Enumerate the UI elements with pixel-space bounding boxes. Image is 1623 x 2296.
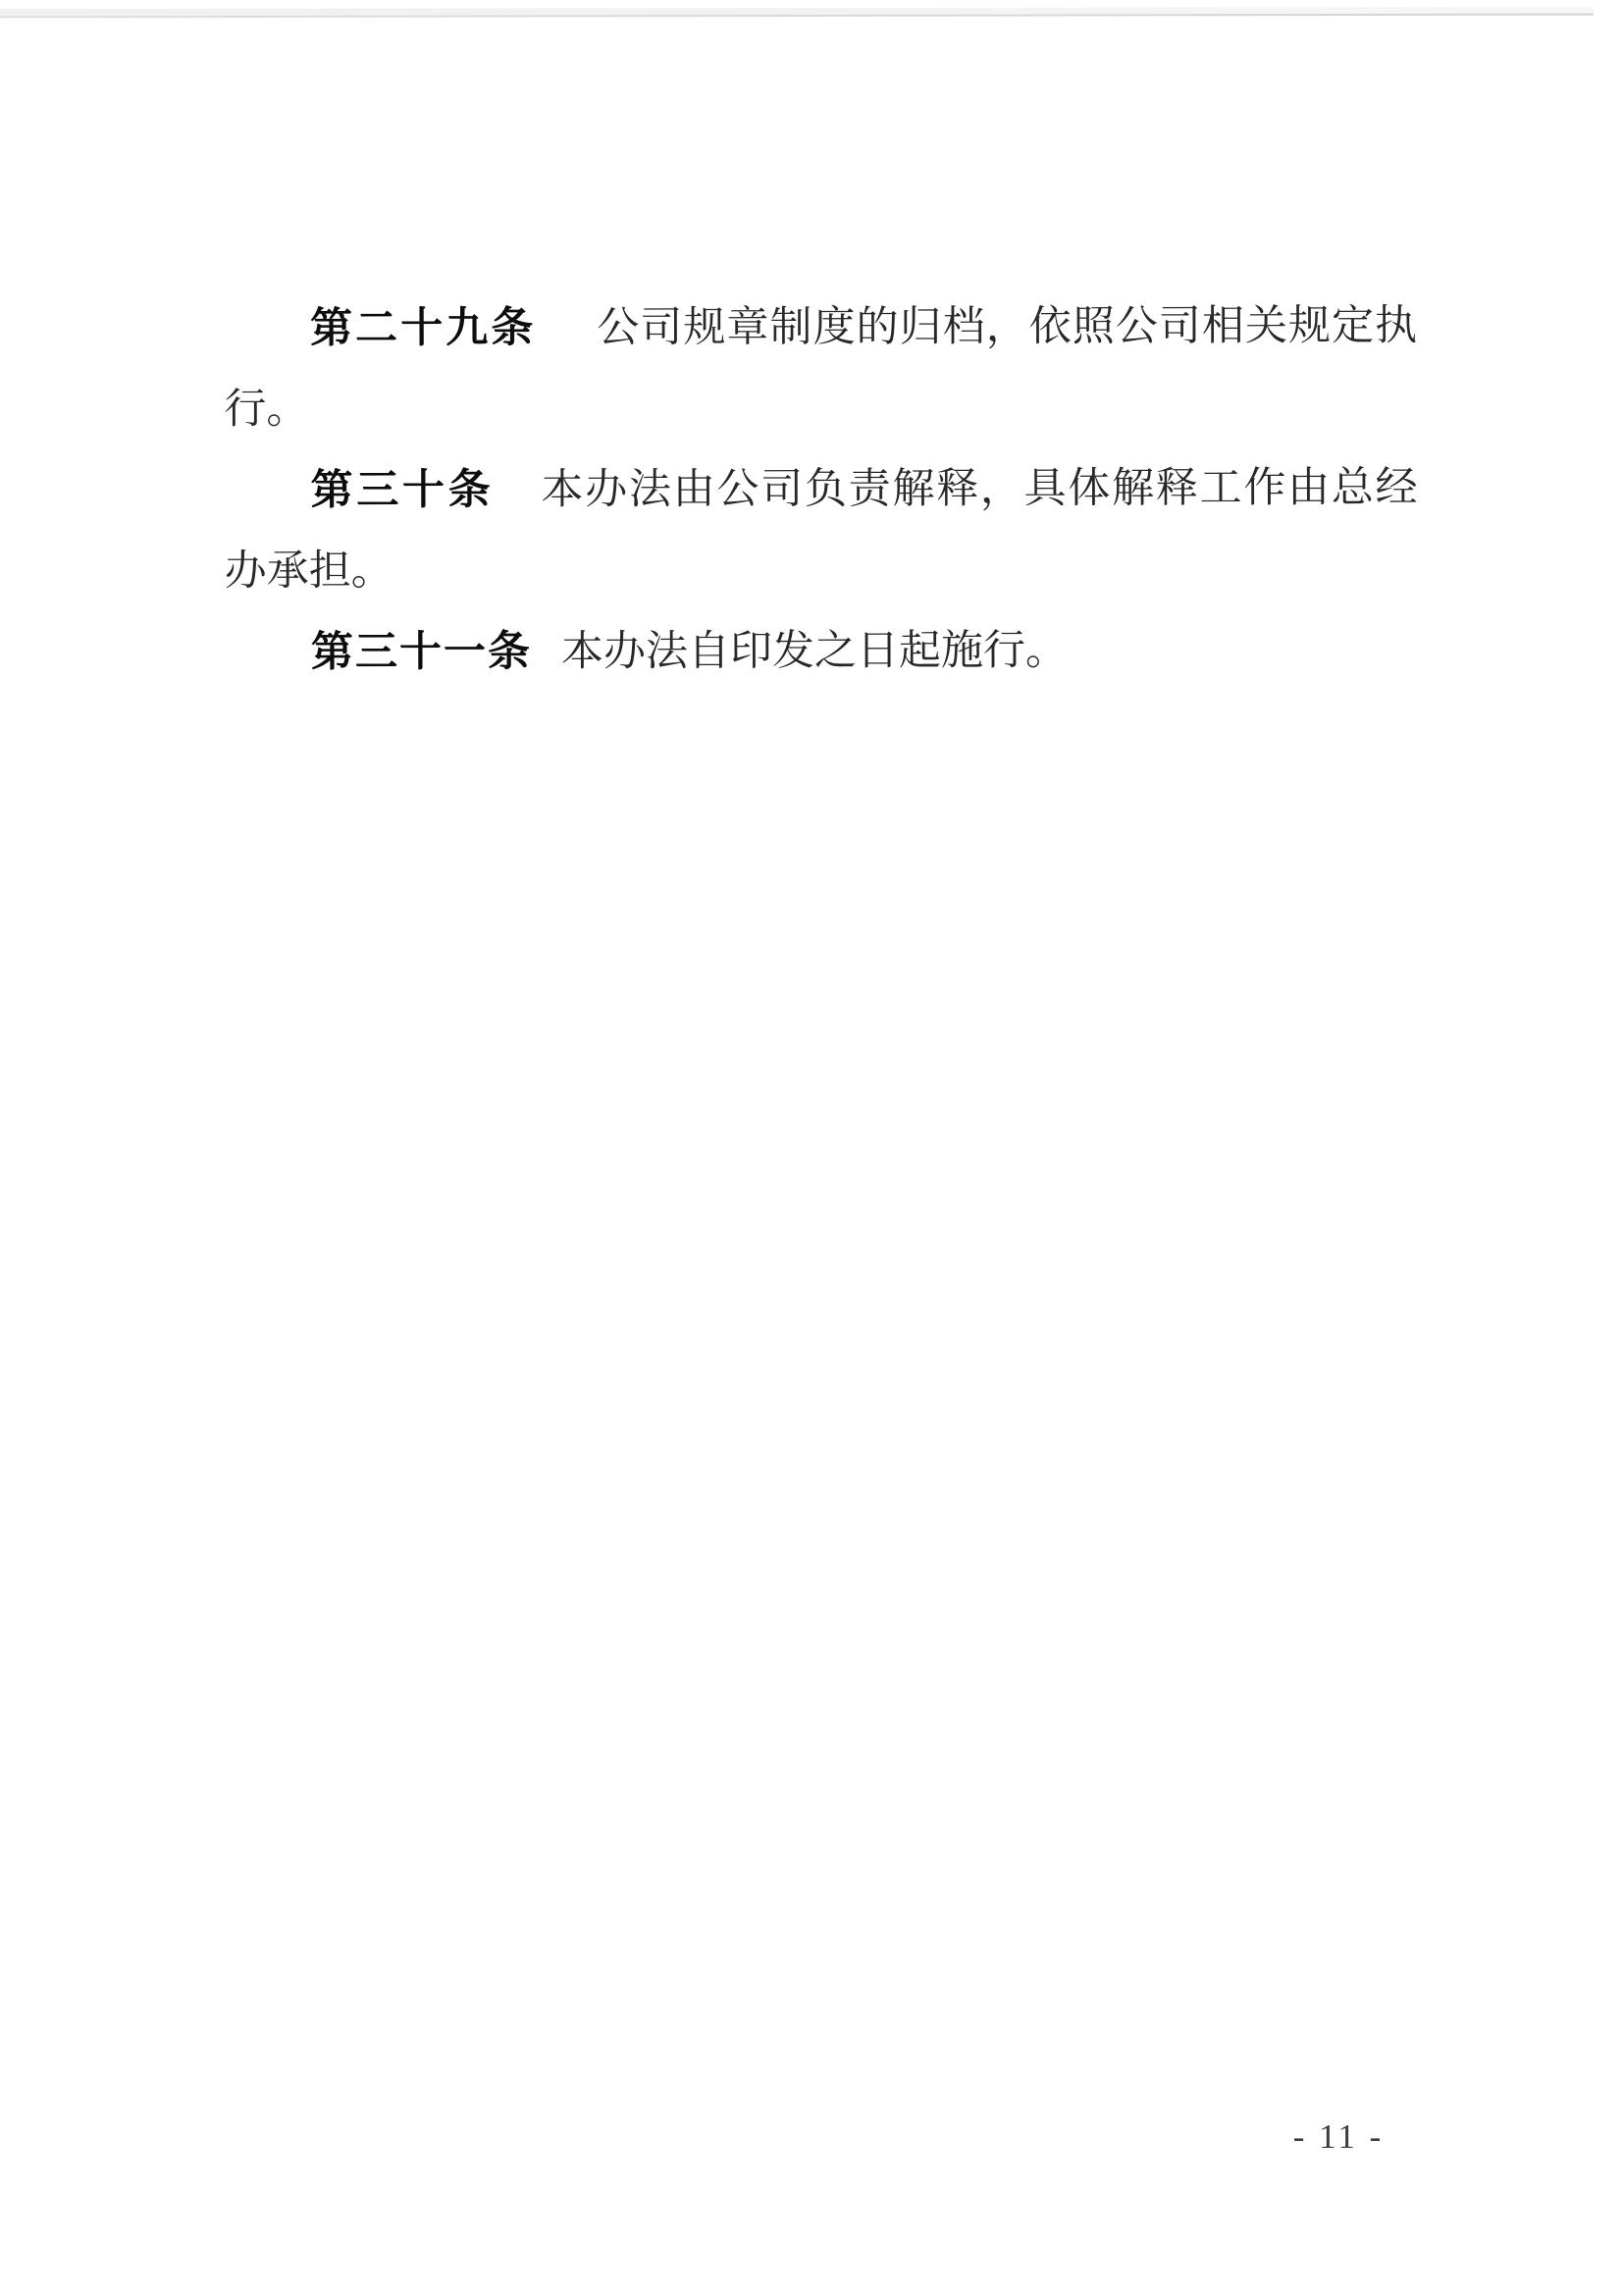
article-paragraph: 第三十一条本办法自印发之日起施行。: [225, 609, 1418, 694]
page-number: - 11 -: [1272, 2117, 1405, 2157]
article-number: 第三十条: [310, 466, 494, 513]
article-paragraph: 第二十九条公司规章制度的归档，依照公司相关规定执行。: [224, 286, 1417, 450]
scan-line-artifact: [0, 8, 1594, 22]
article-text: 本办法自印发之日起施行。: [561, 628, 1068, 675]
document-page: 第二十九条公司规章制度的归档，依照公司相关规定执行。 第三十条本办法由公司负责解…: [0, 0, 1623, 2296]
article-number: 第二十九条: [310, 304, 536, 352]
article-number: 第三十一条: [311, 628, 532, 676]
article-paragraph: 第三十条本办法由公司负责解释，具体解释工作由总经办承担。: [224, 447, 1417, 612]
document-body: 第二十九条公司规章制度的归档，依照公司相关规定执行。 第三十条本办法由公司负责解…: [224, 286, 1418, 694]
